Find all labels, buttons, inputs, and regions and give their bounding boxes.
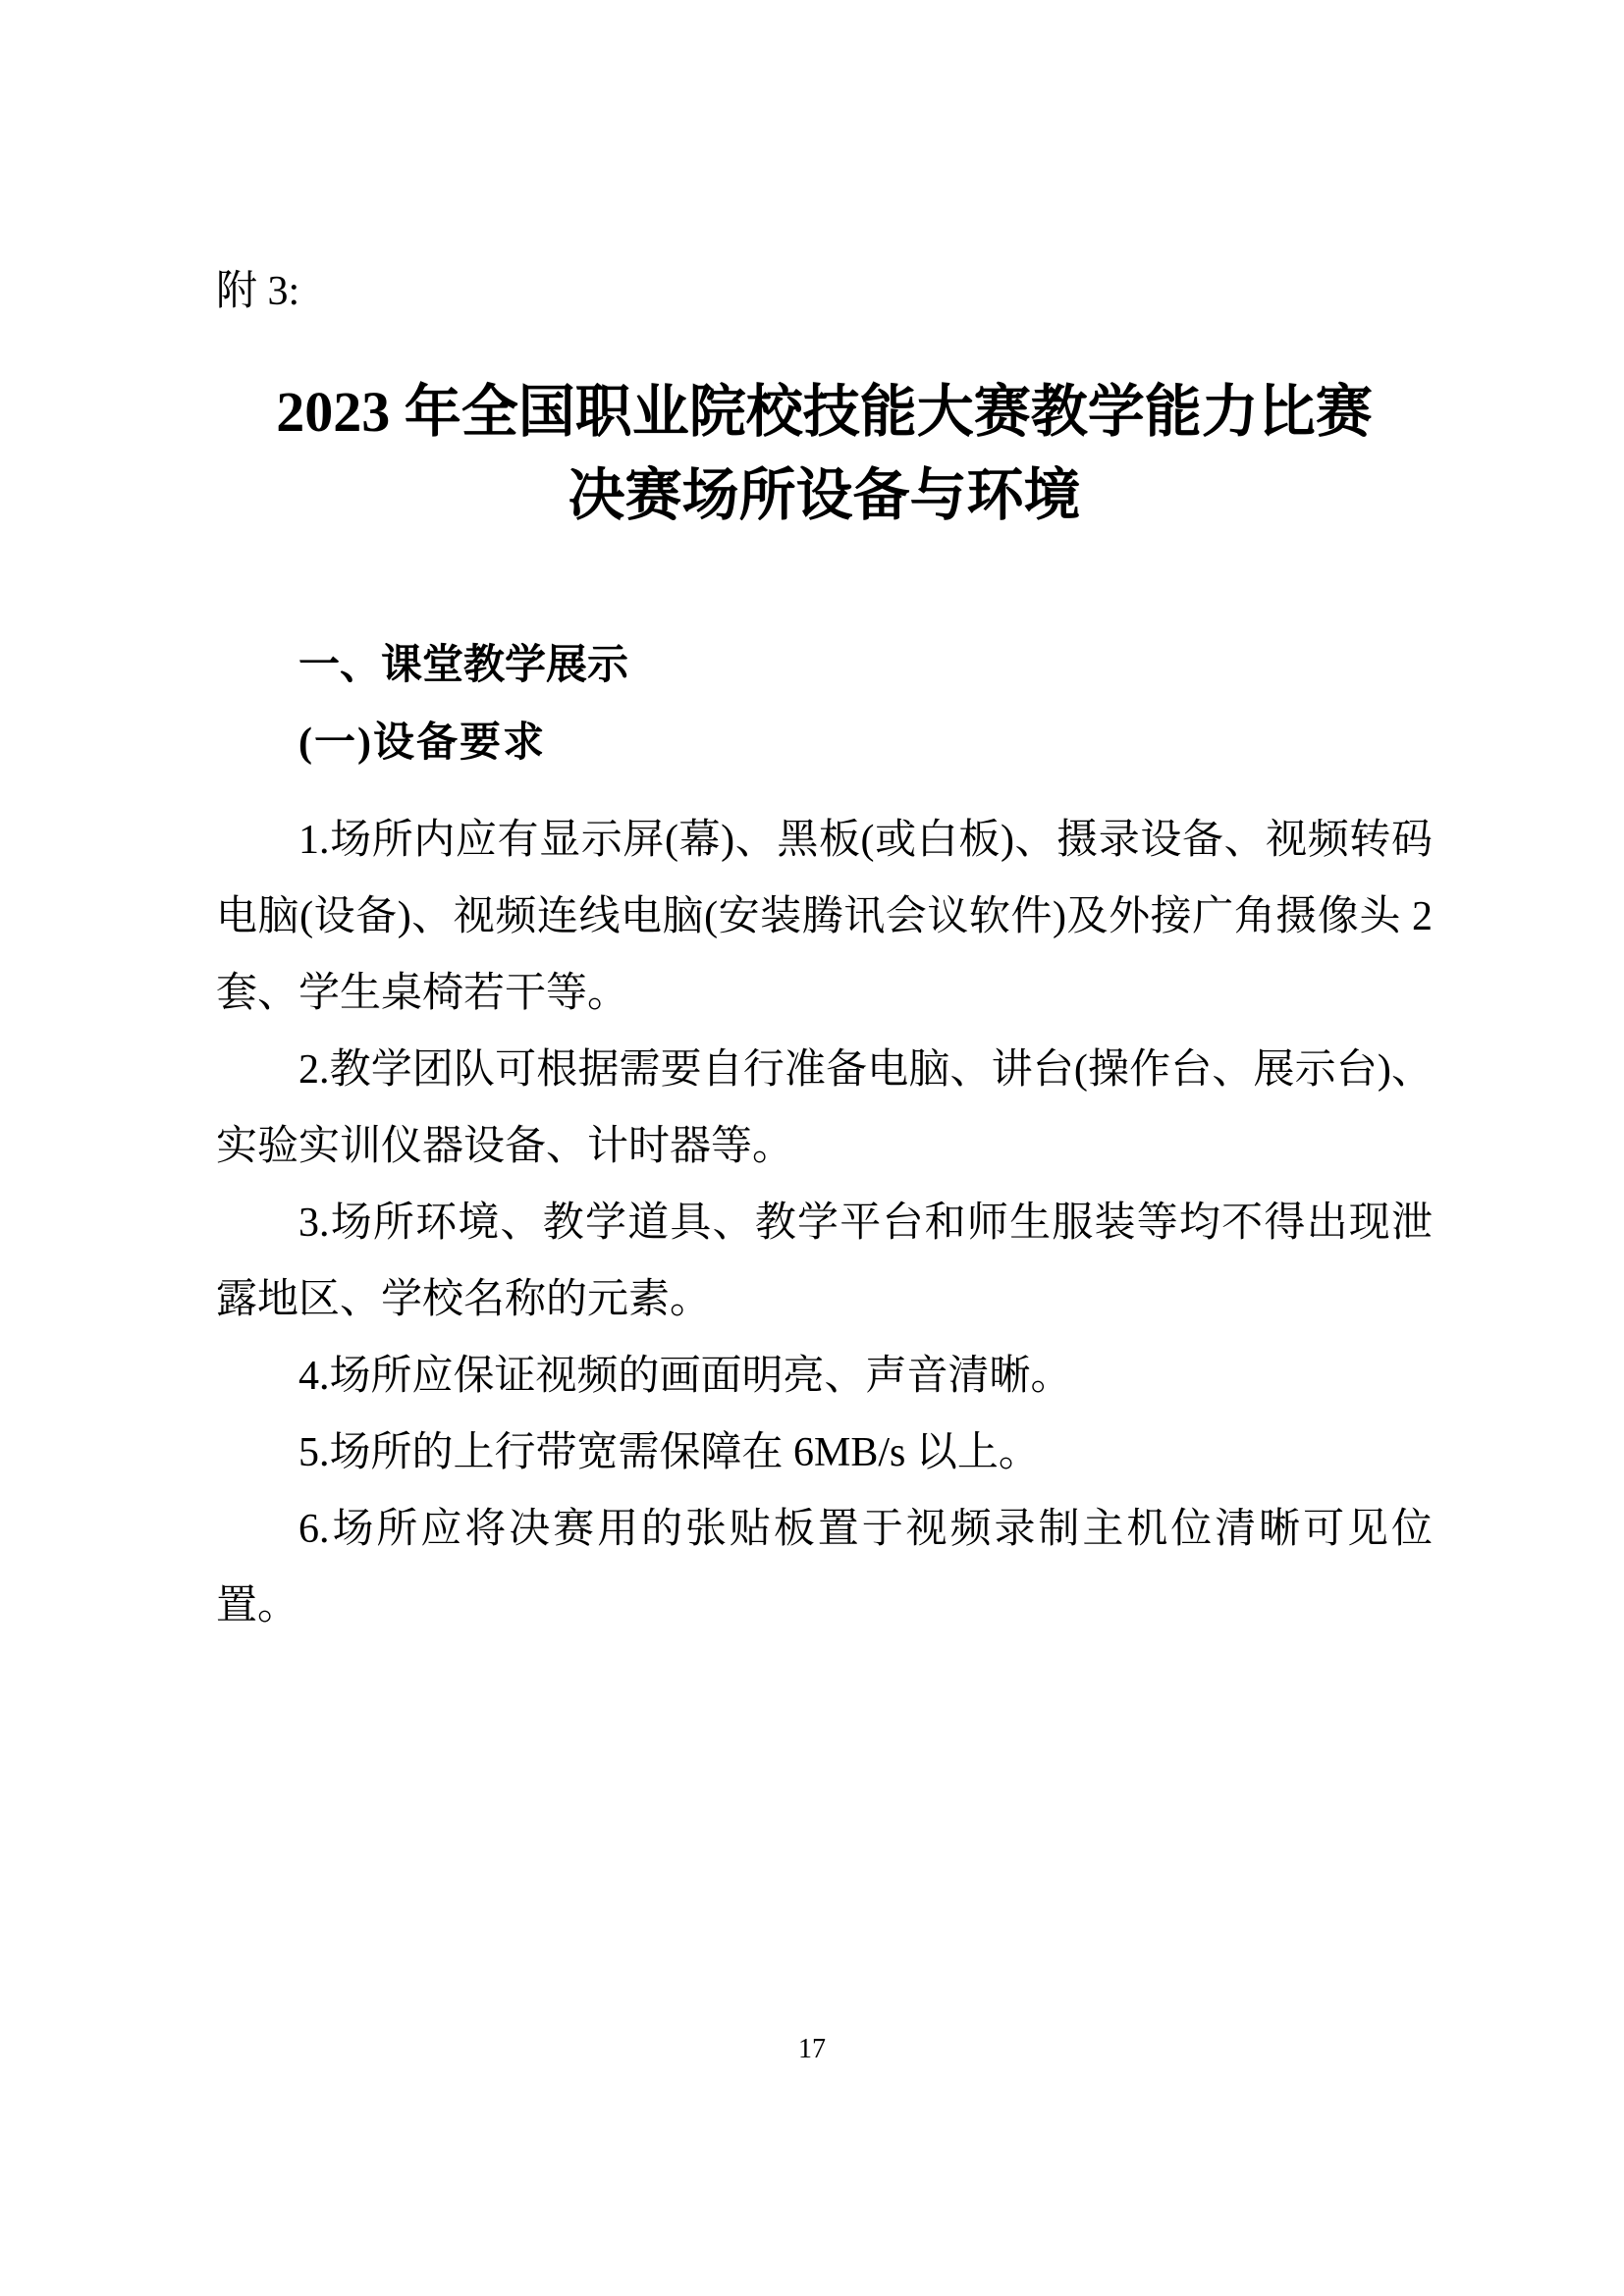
document-title: 2023 年全国职业院校技能大赛教学能力比赛 决赛场所设备与环境 [216, 370, 1433, 537]
paragraph-item-2: 2.教学团队可根据需要自行准备电脑、讲台(操作台、展示台)、实验实训仪器设备、计… [216, 1032, 1433, 1185]
subsection-heading-equipment-requirements: (一)设备要求 [216, 709, 1433, 777]
paragraph-item-4: 4.场所应保证视频的画面明亮、声音清晰。 [216, 1338, 1433, 1415]
document-page: 附 3: 2023 年全国职业院校技能大赛教学能力比赛 决赛场所设备与环境 一、… [0, 0, 1624, 2296]
page-number: 17 [0, 2034, 1624, 2065]
attachment-label: 附 3: [216, 267, 1433, 316]
document-title-line-1: 2023 年全国职业院校技能大赛教学能力比赛 [216, 370, 1433, 454]
section-heading-classroom-teaching-display: 一、课堂教学展示 [216, 630, 1433, 699]
body-text: 1.场所内应有显示屏(幕)、黑板(或白板)、摄录设备、视频转码电脑(设备)、视频… [216, 802, 1433, 1644]
paragraph-item-5: 5.场所的上行带宽需保障在 6MB/s 以上。 [216, 1415, 1433, 1491]
paragraph-item-1: 1.场所内应有显示屏(幕)、黑板(或白板)、摄录设备、视频转码电脑(设备)、视频… [216, 802, 1433, 1032]
paragraph-item-3: 3.场所环境、教学道具、教学平台和师生服装等均不得出现泄露地区、学校名称的元素。 [216, 1185, 1433, 1338]
paragraph-item-6: 6.场所应将决赛用的张贴板置于视频录制主机位清晰可见位置。 [216, 1491, 1433, 1644]
document-title-line-2: 决赛场所设备与环境 [216, 454, 1433, 537]
